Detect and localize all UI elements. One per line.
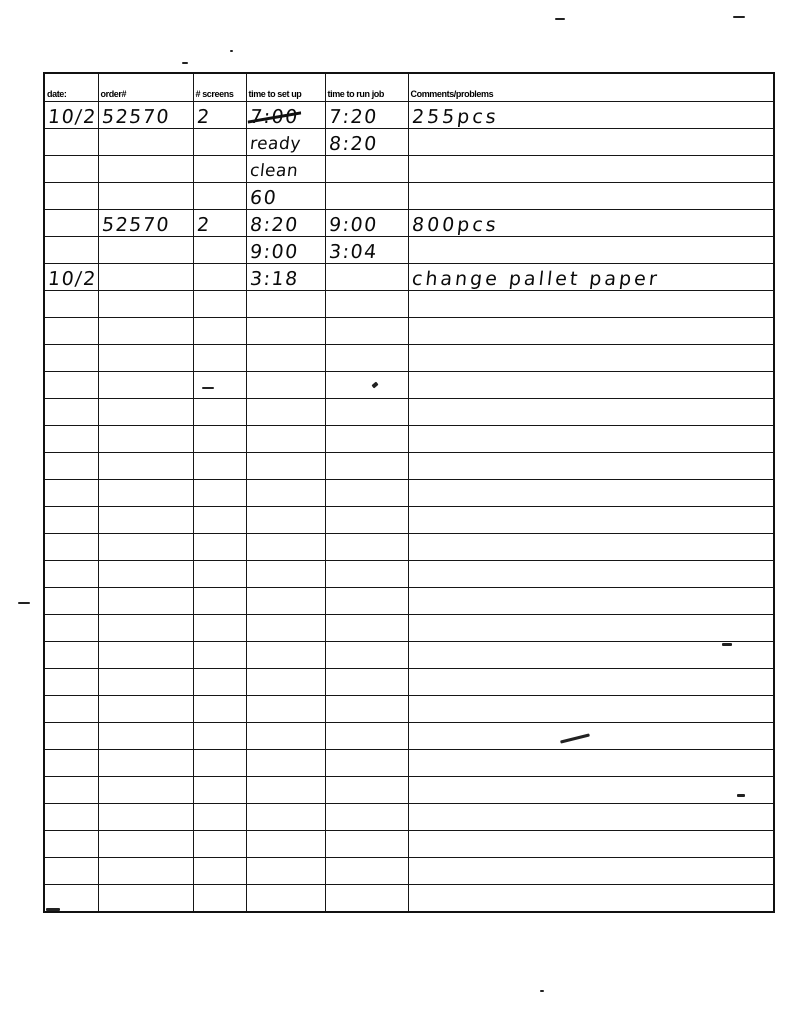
comments-cell	[408, 453, 774, 480]
run-time-cell	[325, 426, 408, 453]
table-row	[44, 669, 774, 696]
table-row	[44, 534, 774, 561]
comments-cell	[408, 615, 774, 642]
run-time-cell	[325, 372, 408, 399]
comments-cell	[408, 804, 774, 831]
screens-cell	[193, 183, 246, 210]
order-cell	[98, 858, 193, 885]
header-screens: # screens	[193, 73, 246, 102]
date-cell	[44, 453, 98, 480]
table-row	[44, 615, 774, 642]
run-time-cell	[325, 615, 408, 642]
table-row	[44, 804, 774, 831]
scan-speck	[230, 50, 233, 52]
table-row	[44, 831, 774, 858]
comments-cell: 255pcs	[408, 102, 774, 129]
handwritten-entry: 7:00	[248, 106, 299, 128]
comments-cell: change pallet paper	[408, 264, 774, 291]
run-time-cell: 8:20	[325, 129, 408, 156]
run-time-cell: 7:20	[325, 102, 408, 129]
handwritten-entry: 9:00	[327, 214, 378, 236]
date-cell: 10/2	[44, 102, 98, 129]
comments-cell	[408, 426, 774, 453]
comments-cell	[408, 534, 774, 561]
order-cell	[98, 453, 193, 480]
setup-time-cell	[246, 723, 325, 750]
table-row	[44, 750, 774, 777]
run-time-cell	[325, 750, 408, 777]
date-cell	[44, 480, 98, 507]
date-cell	[44, 561, 98, 588]
date-cell	[44, 615, 98, 642]
date-cell	[44, 426, 98, 453]
table-row	[44, 453, 774, 480]
table-row	[44, 291, 774, 318]
screens-cell	[193, 561, 246, 588]
header-comments: Comments/problems	[408, 73, 774, 102]
run-time-cell	[325, 858, 408, 885]
handwritten-entry: 3:18	[248, 268, 299, 290]
order-cell	[98, 642, 193, 669]
date-cell	[44, 183, 98, 210]
date-cell	[44, 372, 98, 399]
scan-speck	[540, 990, 544, 992]
comments-cell	[408, 183, 774, 210]
setup-time-cell	[246, 399, 325, 426]
setup-time-cell: ready	[246, 129, 325, 156]
run-time-cell	[325, 345, 408, 372]
setup-time-cell	[246, 804, 325, 831]
screens-cell: 2	[193, 210, 246, 237]
setup-time-cell	[246, 885, 325, 913]
comments-cell	[408, 885, 774, 913]
run-time-cell	[325, 480, 408, 507]
setup-time-cell	[246, 615, 325, 642]
screens-cell	[193, 669, 246, 696]
comments-cell	[408, 777, 774, 804]
handwritten-entry: 3:04	[327, 241, 378, 263]
setup-time-cell	[246, 831, 325, 858]
log-body: 10/25257027:007:20255pcsready8:20clean60…	[44, 102, 774, 913]
screens-cell	[193, 291, 246, 318]
run-time-cell	[325, 453, 408, 480]
run-time-cell: 3:04	[325, 237, 408, 264]
run-time-cell	[325, 291, 408, 318]
screens-cell	[193, 156, 246, 183]
order-cell: 52570	[98, 210, 193, 237]
comments-cell	[408, 372, 774, 399]
screens-cell	[193, 723, 246, 750]
screens-cell	[193, 534, 246, 561]
table-row	[44, 858, 774, 885]
screens-cell	[193, 129, 246, 156]
table-row: 9:003:04	[44, 237, 774, 264]
screens-cell	[193, 372, 246, 399]
comments-cell	[408, 831, 774, 858]
setup-time-cell: 8:20	[246, 210, 325, 237]
handwritten-entry: 60	[248, 187, 277, 209]
table-row	[44, 399, 774, 426]
date-cell	[44, 858, 98, 885]
handwritten-entry: 2	[195, 214, 211, 236]
setup-time-cell	[246, 372, 325, 399]
comments-cell	[408, 156, 774, 183]
handwritten-entry: 8:20	[327, 133, 378, 155]
handwritten-entry: 7:20	[327, 106, 378, 128]
header-order: order#	[98, 73, 193, 102]
setup-time-cell: 9:00	[246, 237, 325, 264]
comments-cell	[408, 480, 774, 507]
date-cell	[44, 750, 98, 777]
comments-cell	[408, 561, 774, 588]
setup-time-cell	[246, 642, 325, 669]
comments-cell	[408, 723, 774, 750]
handwritten-entry: 255pcs	[410, 106, 499, 128]
scan-speck	[555, 18, 565, 20]
setup-time-cell	[246, 588, 325, 615]
date-cell	[44, 534, 98, 561]
run-time-cell	[325, 561, 408, 588]
order-cell	[98, 615, 193, 642]
table-row: clean	[44, 156, 774, 183]
setup-time-cell	[246, 507, 325, 534]
screens-cell: 2	[193, 102, 246, 129]
run-time-cell	[325, 885, 408, 913]
comments-cell	[408, 129, 774, 156]
order-cell	[98, 507, 193, 534]
handwritten-entry: 52570	[100, 214, 170, 236]
job-log-table: date: order# # screens time to set up ti…	[43, 72, 775, 913]
screens-cell	[193, 480, 246, 507]
table-row	[44, 588, 774, 615]
date-cell	[44, 723, 98, 750]
handwritten-entry: clean	[248, 160, 299, 182]
run-time-cell	[325, 777, 408, 804]
run-time-cell	[325, 696, 408, 723]
setup-time-cell	[246, 291, 325, 318]
run-time-cell	[325, 804, 408, 831]
scan-speck	[182, 62, 188, 64]
order-cell	[98, 696, 193, 723]
screens-cell	[193, 588, 246, 615]
order-cell	[98, 372, 193, 399]
order-cell	[98, 237, 193, 264]
run-time-cell	[325, 723, 408, 750]
handwritten-entry: change pallet paper	[410, 268, 660, 290]
date-cell	[44, 588, 98, 615]
run-time-cell	[325, 588, 408, 615]
screens-cell	[193, 642, 246, 669]
order-cell	[98, 534, 193, 561]
order-cell	[98, 156, 193, 183]
header-run-time: time to run job	[325, 73, 408, 102]
table-row: 60	[44, 183, 774, 210]
setup-time-cell	[246, 345, 325, 372]
comments-cell	[408, 642, 774, 669]
date-cell	[44, 129, 98, 156]
screens-cell	[193, 885, 246, 913]
order-cell	[98, 750, 193, 777]
setup-time-cell: clean	[246, 156, 325, 183]
scan-speck	[46, 908, 60, 911]
screens-cell	[193, 615, 246, 642]
table-row	[44, 885, 774, 913]
comments-cell	[408, 507, 774, 534]
setup-time-cell	[246, 426, 325, 453]
screens-cell	[193, 777, 246, 804]
screens-cell	[193, 804, 246, 831]
scan-speck	[737, 794, 745, 797]
table-row	[44, 561, 774, 588]
order-cell	[98, 480, 193, 507]
date-cell	[44, 291, 98, 318]
comments-cell	[408, 318, 774, 345]
run-time-cell	[325, 156, 408, 183]
run-time-cell	[325, 318, 408, 345]
date-cell	[44, 318, 98, 345]
table-row	[44, 318, 774, 345]
order-cell	[98, 345, 193, 372]
screens-cell	[193, 831, 246, 858]
job-log-sheet: date: order# # screens time to set up ti…	[43, 72, 775, 913]
run-time-cell	[325, 669, 408, 696]
screens-cell	[193, 696, 246, 723]
order-cell	[98, 588, 193, 615]
date-cell	[44, 237, 98, 264]
order-cell	[98, 804, 193, 831]
run-time-cell	[325, 507, 408, 534]
date-cell	[44, 831, 98, 858]
date-cell: 10/2	[44, 264, 98, 291]
setup-time-cell	[246, 750, 325, 777]
screens-cell	[193, 399, 246, 426]
table-row: ready8:20	[44, 129, 774, 156]
setup-time-cell	[246, 318, 325, 345]
run-time-cell: 9:00	[325, 210, 408, 237]
table-row	[44, 696, 774, 723]
screens-cell	[193, 507, 246, 534]
screens-cell	[193, 318, 246, 345]
comments-cell	[408, 750, 774, 777]
handwritten-entry: 800pcs	[410, 214, 499, 236]
run-time-cell	[325, 534, 408, 561]
scan-speck	[202, 387, 214, 389]
run-time-cell	[325, 399, 408, 426]
screens-cell	[193, 453, 246, 480]
setup-time-cell	[246, 777, 325, 804]
comments-cell	[408, 345, 774, 372]
order-cell	[98, 885, 193, 913]
order-cell	[98, 561, 193, 588]
order-cell	[98, 183, 193, 210]
order-cell	[98, 426, 193, 453]
comments-cell	[408, 858, 774, 885]
scan-speck	[733, 16, 745, 18]
table-row	[44, 723, 774, 750]
handwritten-entry: 9:00	[248, 241, 299, 263]
order-cell	[98, 129, 193, 156]
handwritten-entry: 52570	[100, 106, 170, 128]
table-row	[44, 507, 774, 534]
screens-cell	[193, 264, 246, 291]
header-row: date: order# # screens time to set up ti…	[44, 73, 774, 102]
date-cell	[44, 696, 98, 723]
order-cell	[98, 318, 193, 345]
run-time-cell	[325, 642, 408, 669]
date-cell	[44, 642, 98, 669]
setup-time-cell	[246, 480, 325, 507]
order-cell	[98, 723, 193, 750]
screens-cell	[193, 237, 246, 264]
handwritten-entry: ready	[248, 133, 301, 155]
setup-time-cell	[246, 561, 325, 588]
handwritten-entry: 2	[195, 106, 211, 128]
table-row	[44, 426, 774, 453]
table-row: 10/25257027:007:20255pcs	[44, 102, 774, 129]
run-time-cell	[325, 831, 408, 858]
date-cell	[44, 156, 98, 183]
setup-time-cell	[246, 858, 325, 885]
date-cell	[44, 777, 98, 804]
order-cell: 52570	[98, 102, 193, 129]
order-cell	[98, 831, 193, 858]
handwritten-entry: 10/2	[47, 106, 98, 128]
screens-cell	[193, 426, 246, 453]
table-row	[44, 480, 774, 507]
setup-time-cell	[246, 453, 325, 480]
table-row	[44, 372, 774, 399]
setup-time-cell	[246, 534, 325, 561]
table-row	[44, 642, 774, 669]
screens-cell	[193, 750, 246, 777]
handwritten-entry: 10/2	[47, 268, 98, 290]
order-cell	[98, 291, 193, 318]
setup-time-cell	[246, 669, 325, 696]
comments-cell	[408, 588, 774, 615]
screens-cell	[193, 858, 246, 885]
comments-cell	[408, 399, 774, 426]
date-cell	[44, 399, 98, 426]
comments-cell	[408, 237, 774, 264]
run-time-cell	[325, 183, 408, 210]
order-cell	[98, 777, 193, 804]
order-cell	[98, 264, 193, 291]
table-row	[44, 345, 774, 372]
scan-speck	[18, 602, 30, 604]
setup-time-cell: 60	[246, 183, 325, 210]
date-cell	[44, 210, 98, 237]
scan-speck	[722, 643, 732, 646]
setup-time-cell: 7:00	[246, 102, 325, 129]
table-row	[44, 777, 774, 804]
date-cell	[44, 345, 98, 372]
setup-time-cell: 3:18	[246, 264, 325, 291]
order-cell	[98, 669, 193, 696]
date-cell	[44, 804, 98, 831]
run-time-cell	[325, 264, 408, 291]
comments-cell	[408, 669, 774, 696]
table-row: 10/23:18change pallet paper	[44, 264, 774, 291]
comments-cell	[408, 291, 774, 318]
setup-time-cell	[246, 696, 325, 723]
date-cell	[44, 669, 98, 696]
date-cell	[44, 507, 98, 534]
table-row: 5257028:209:00800pcs	[44, 210, 774, 237]
handwritten-entry: 8:20	[248, 214, 299, 236]
order-cell	[98, 399, 193, 426]
header-setup-time: time to set up	[246, 73, 325, 102]
comments-cell	[408, 696, 774, 723]
comments-cell: 800pcs	[408, 210, 774, 237]
header-date: date:	[44, 73, 98, 102]
screens-cell	[193, 345, 246, 372]
